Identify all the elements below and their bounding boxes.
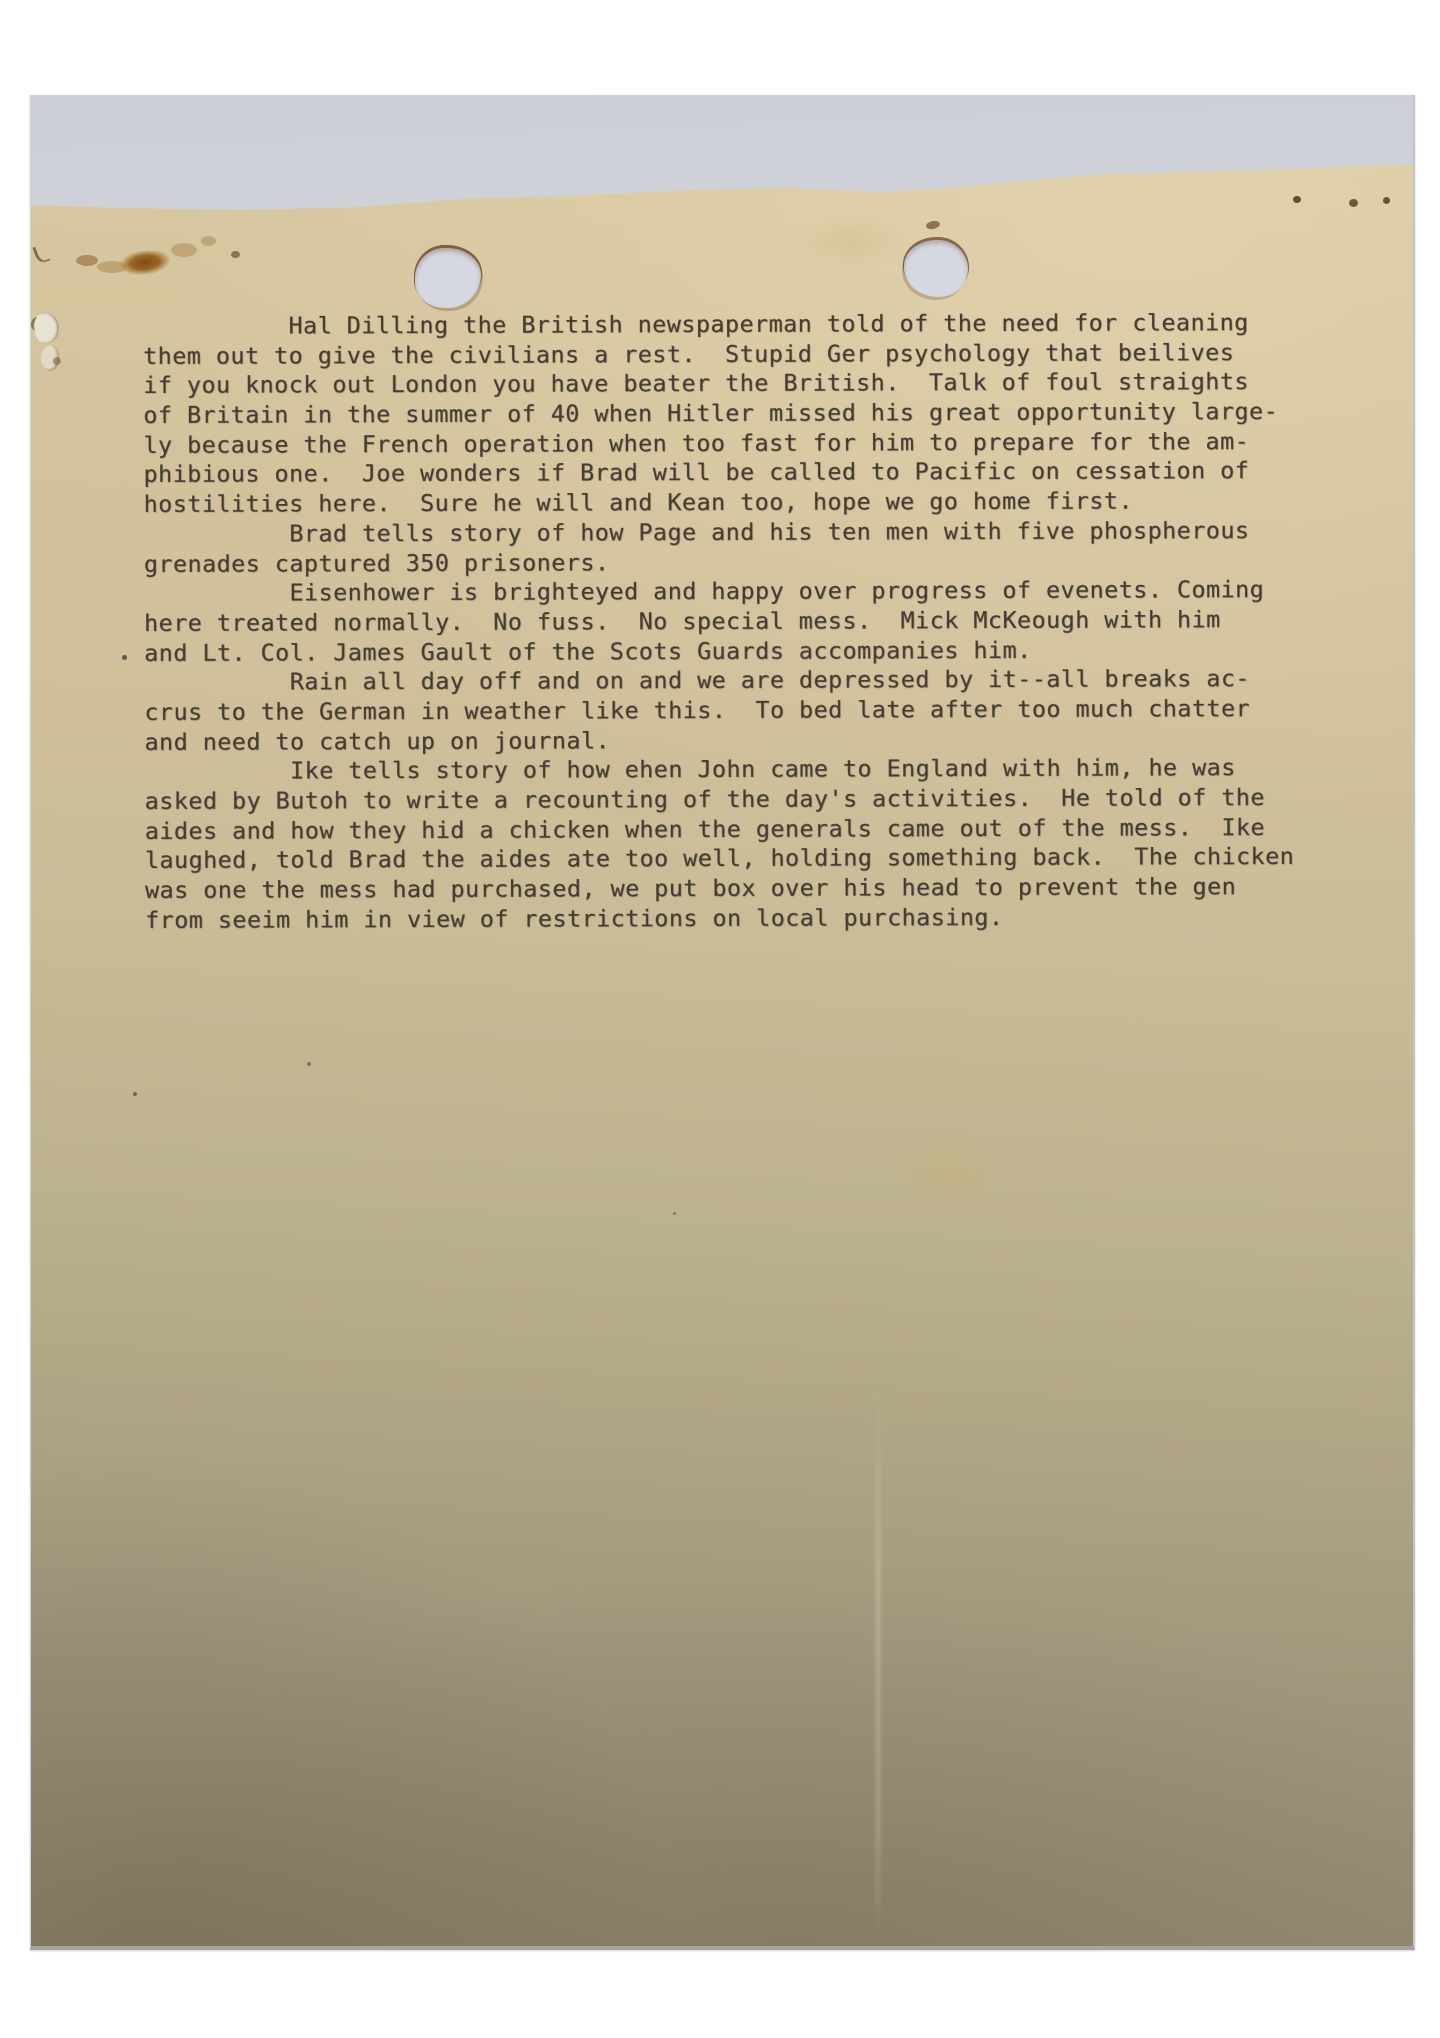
typed-line: of Britain in the summer of 40 when Hitl… — [143, 397, 1353, 431]
typed-line: and Lt. Col. James Gault of the Scots Gu… — [144, 634, 1354, 668]
typed-line: Hal Dilling the British newspaperman tol… — [143, 308, 1353, 342]
typed-line: crus to the German in weather like this.… — [144, 694, 1354, 728]
typed-line: aides and how they hid a chicken when th… — [145, 812, 1355, 846]
edge-tear — [35, 313, 59, 343]
stain-streak — [171, 243, 197, 257]
typed-line: was one the mess had purchased, we put b… — [145, 872, 1355, 906]
typed-line: them out to give the civilians a rest. S… — [143, 337, 1353, 371]
ink-speck — [1349, 199, 1358, 207]
ink-speck — [1293, 196, 1301, 203]
stray-type-period — [122, 655, 127, 660]
stain-streak — [76, 255, 98, 266]
typed-line: Eisenhower is brighteyed and happy over … — [144, 575, 1354, 609]
typed-line: Ike tells story of how ehen John came to… — [145, 753, 1355, 787]
ink-stain — [118, 247, 173, 278]
stain-speck — [231, 251, 240, 258]
pen-scratch — [32, 243, 50, 264]
typed-line: if you knock out London you have beater … — [143, 367, 1353, 401]
stain-streak — [97, 261, 127, 273]
typed-line: phibious one. Joe wonders if Brad will b… — [144, 456, 1354, 490]
typed-line: here treated normally. No fuss. No speci… — [144, 605, 1354, 639]
yellow-age-stain — [791, 215, 911, 270]
typed-text-block: Hal Dilling the British newspaperman tol… — [143, 308, 1355, 936]
typed-line: grenades captured 350 prisoners. — [144, 545, 1354, 579]
ink-speck — [1383, 197, 1390, 204]
edge-tear-speck — [53, 357, 61, 365]
scanned-document-page: Hal Dilling the British newspaperman tol… — [0, 0, 1440, 2038]
typed-line: asked by Butoh to write a recounting of … — [145, 783, 1355, 817]
typed-line: from seeim him in view of restrictions o… — [145, 902, 1355, 936]
photo-of-paper: Hal Dilling the British newspaperman tol… — [30, 95, 1415, 1950]
typed-line: hostilities here. Sure he will and Kean … — [144, 486, 1354, 520]
typed-line: and need to catch up on journal. — [144, 723, 1354, 757]
typed-line: laughed, told Brad the aides ate too wel… — [145, 842, 1355, 876]
punch-hole-right — [904, 240, 968, 297]
paper-fleck — [673, 1212, 676, 1215]
typed-line: ly because the French operation when too… — [143, 427, 1353, 461]
stain-streak — [201, 236, 216, 246]
paper-fleck — [133, 1092, 137, 1096]
typed-line: Brad tells story of how Page and his ten… — [144, 516, 1354, 550]
paper-fleck — [307, 1062, 311, 1066]
paper-crease — [876, 1375, 880, 1946]
yellow-age-stain — [901, 1140, 996, 1202]
aged-typewritten-sheet: Hal Dilling the British newspaperman tol… — [31, 95, 1413, 1946]
typed-line: Rain all day off and on and we are depre… — [144, 664, 1354, 698]
